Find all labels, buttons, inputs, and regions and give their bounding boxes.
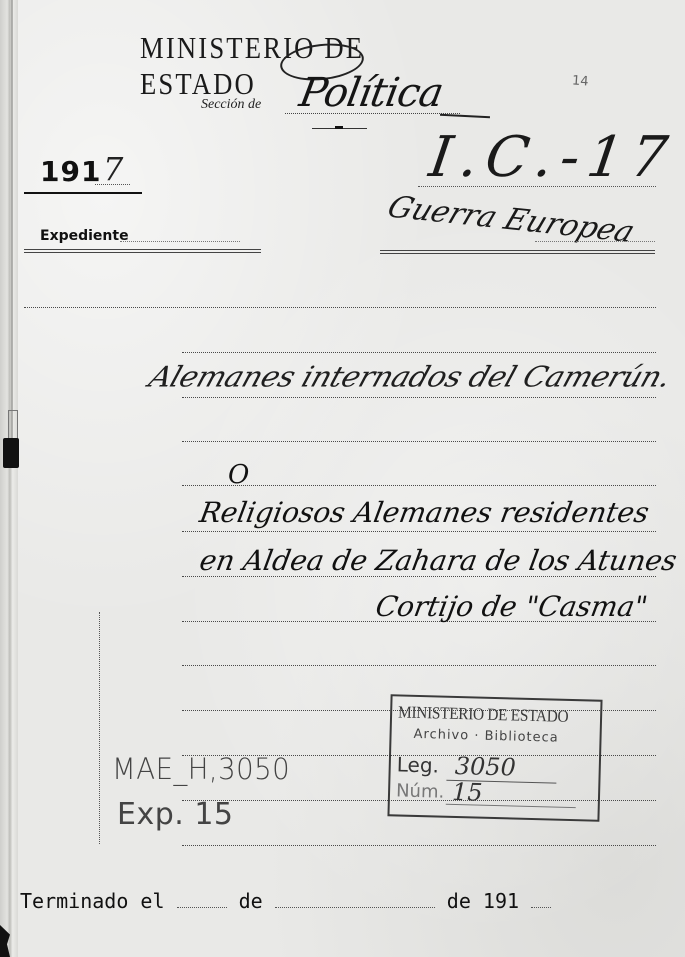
stamp-num-value: 15 <box>452 778 483 807</box>
pencil-expediente-ref: Exp. 15 <box>117 797 234 832</box>
ruled-line <box>182 665 656 666</box>
expediente-dotted-line <box>120 241 240 242</box>
subject-line-4: Cortijo de "Casma" <box>373 590 650 623</box>
subject-line-1: Alemanes internados del Camerún. <box>145 361 675 394</box>
footer-terminado: Terminado el de de 191 <box>20 889 551 913</box>
subject-line-3: en Aldea de Zahara de los Atunes <box>197 544 679 577</box>
year-handwritten-digit: 7 <box>103 150 123 188</box>
corner-number: 14 <box>571 73 589 89</box>
subject-line-2: Religiosos Alemanes residentes <box>197 496 651 529</box>
fold-line <box>11 0 13 440</box>
ruled-line <box>182 485 656 486</box>
o-mark: O <box>228 460 249 490</box>
subject-dotted-line <box>535 241 655 242</box>
pencil-reference: MAE_H,3050 <box>112 752 290 786</box>
seccion-value: Política <box>296 70 446 116</box>
day-dotted-field <box>177 893 227 908</box>
de-191-label: de 191 <box>447 889 519 913</box>
code-dotted-line <box>418 186 656 187</box>
binding-clip <box>3 438 19 468</box>
stamp-num-label: Núm. <box>396 780 445 802</box>
classification-code: I.C.-17 <box>425 125 679 190</box>
year-dotted-field <box>531 893 551 908</box>
seccion-underline <box>440 114 490 119</box>
terminado-label: Terminado el <box>20 889 165 913</box>
ruled-line <box>24 307 656 308</box>
stamp-title: MINISTERIO DE ESTADO <box>398 702 569 726</box>
margin-dotted-line <box>99 612 100 844</box>
ruled-line <box>182 397 656 398</box>
stamp-leg-label: Leg. <box>396 752 439 777</box>
year-printed: 191 <box>40 155 101 188</box>
year-dotted-line <box>95 184 130 185</box>
de-label-1: de <box>239 889 263 913</box>
ruled-line <box>182 531 656 532</box>
binding-clip-outline <box>8 410 18 441</box>
stamp-leg-value: 3050 <box>454 752 516 782</box>
stamp-subtitle: Archivo · Biblioteca <box>413 727 559 746</box>
year-rule <box>24 192 142 194</box>
archive-stamp: MINISTERIO DE ESTADO Archivo · Bibliotec… <box>387 694 602 822</box>
ruled-line <box>182 845 656 846</box>
expediente-rule <box>24 249 261 253</box>
seccion-label: Sección de <box>201 97 261 113</box>
folder-left-edge <box>0 0 18 957</box>
ruled-line <box>182 441 656 442</box>
ruled-line <box>182 352 656 353</box>
subject-rule <box>380 250 655 254</box>
expediente-label: Expediente <box>40 228 129 244</box>
separator-mark <box>335 126 343 129</box>
month-dotted-field <box>275 893 435 908</box>
